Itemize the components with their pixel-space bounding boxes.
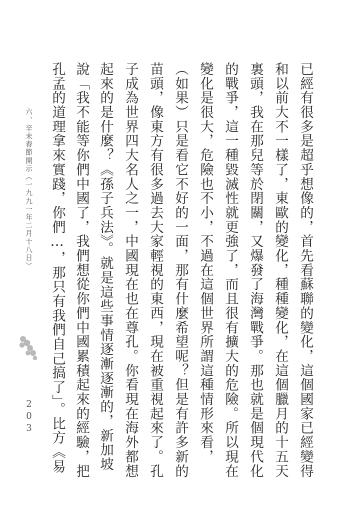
flower-ornament-icon bbox=[17, 334, 39, 362]
text-column-8: 子成為世界四大名人之一，中國現在也在尊孔。你看現在海外都想 bbox=[117, 62, 142, 478]
page-number: 203 bbox=[24, 400, 34, 436]
running-header: 六、辛未春節開示（一九九一年二月十八日） bbox=[24, 108, 34, 270]
text-column-3: 裏頭，我在那兒等於閉關，又爆發了海灣戰爭。那也就是個現代化 bbox=[242, 62, 267, 478]
text-column-4: 的戰爭，這一種毀滅性就更強了，而且很有擴大的危險。所以現在 bbox=[217, 62, 242, 478]
text-column-11: 孔孟的道理拿來實踐，你們…，那只有我們自己搞了」。比方《易 bbox=[44, 62, 69, 474]
text-column-10: 說「我不能等你們中國了，我們想從你們中國累積起來的經驗，把 bbox=[68, 62, 93, 478]
text-column-7: 苗頭，像東方有很多過去大家輕視的東西，現在被重視起來了。孔 bbox=[142, 62, 167, 478]
text-column-6: （如果）只是看它不好的一面，那有什麼希望呢？但是有許多新的 bbox=[167, 62, 192, 478]
text-column-9: 起來的是什麼？《孫子兵法》。就是這些事情逐漸逐漸的，新加坡 bbox=[92, 62, 117, 471]
text-column-2: 和以前大不一樣了，東歐的變化，種種變化，在這個臘月的十五天 bbox=[267, 62, 292, 478]
text-column-5: 變化是很大，危險也不小，不過在這個世界所謂這種情形來看， bbox=[192, 62, 217, 464]
text-column-1: 已經有很多是超乎想像的，首先看蘇聯的變化，這個國家已經變得 bbox=[292, 62, 317, 478]
